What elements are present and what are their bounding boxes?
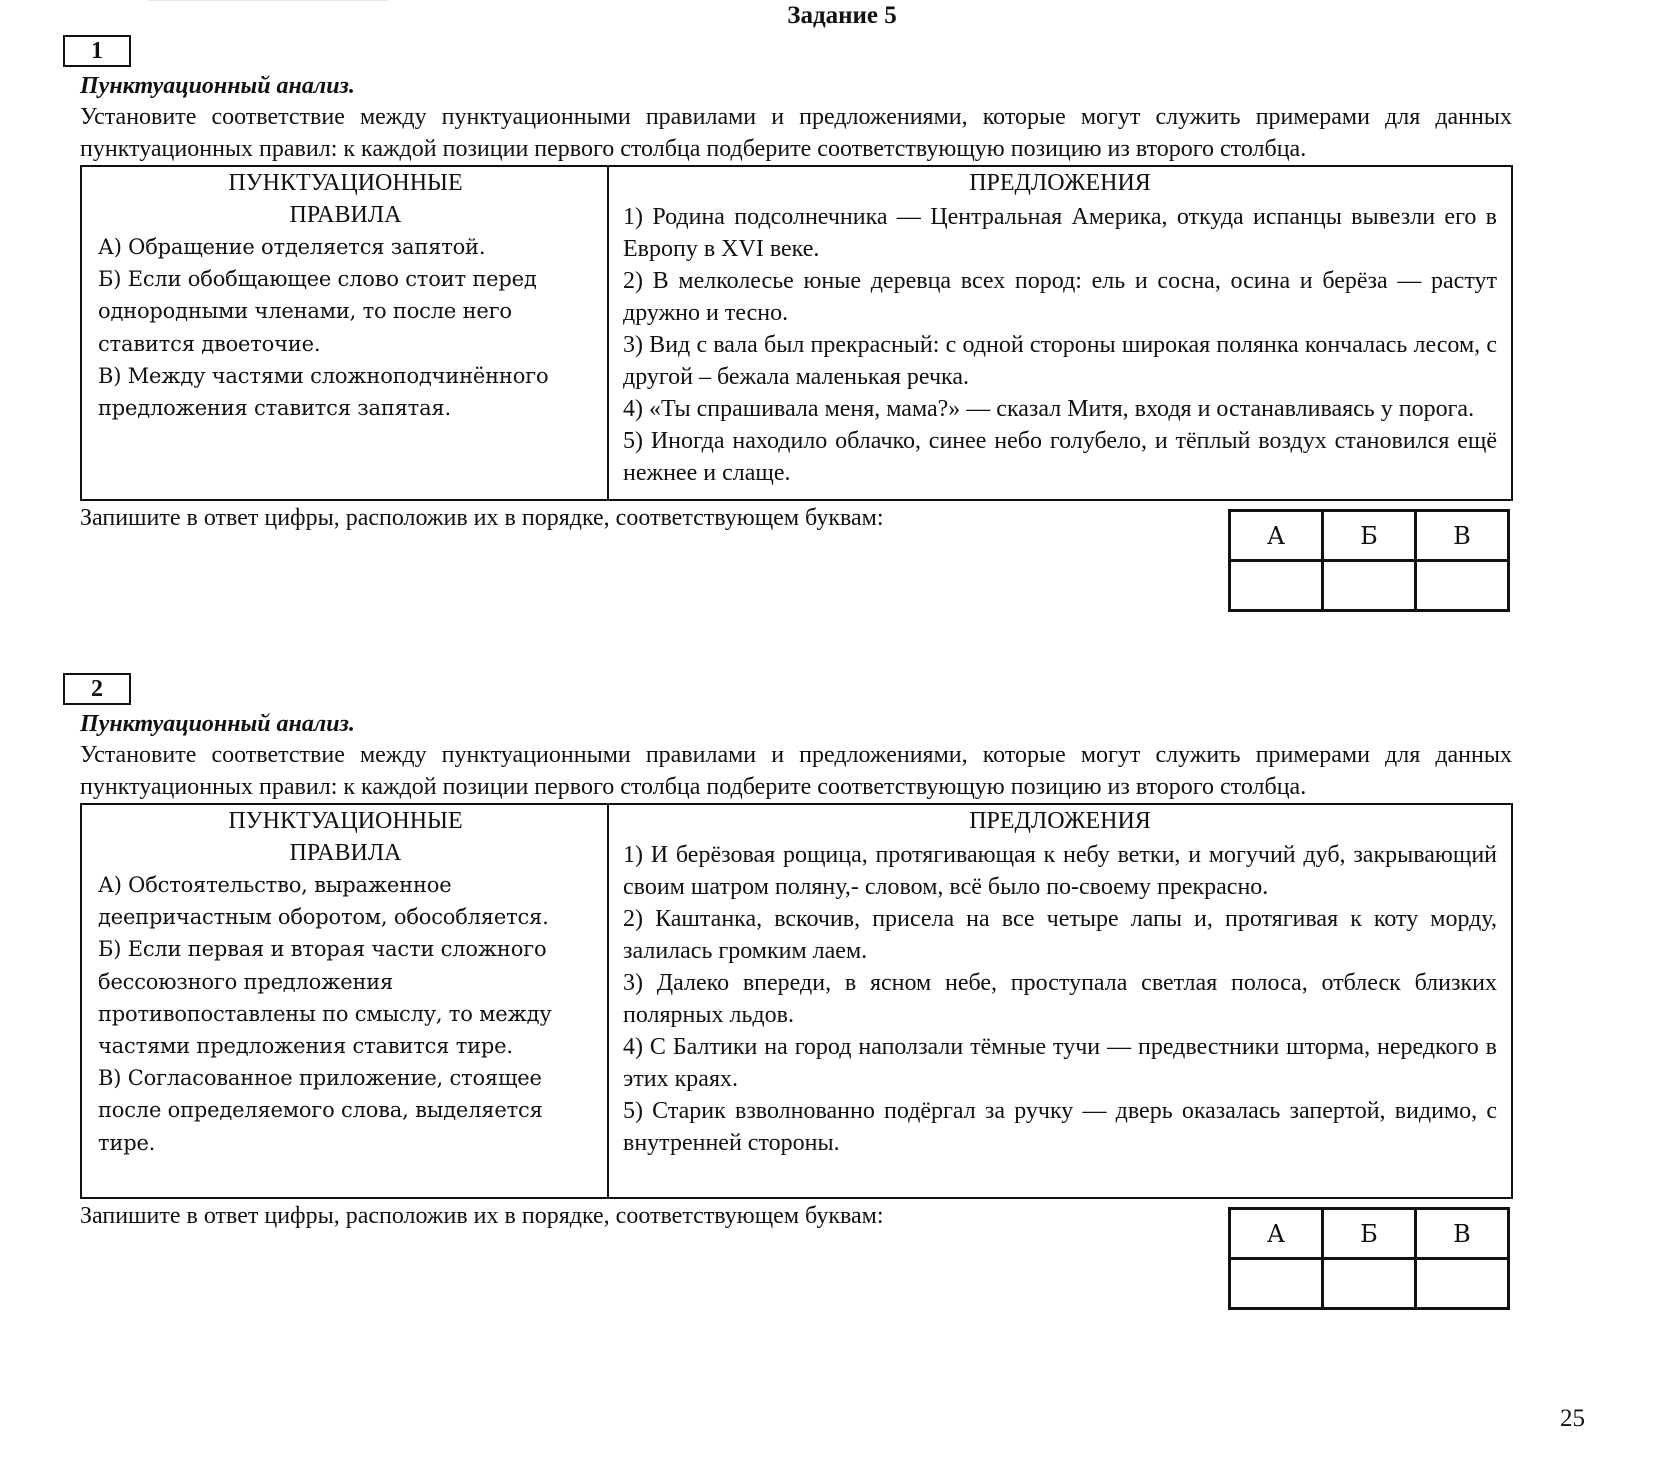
page-number: 25 — [1560, 1405, 1585, 1433]
answer-letter-b: Б — [1323, 511, 1416, 561]
task-2: 2 Пунктуационный анализ. Установите соот… — [63, 673, 1513, 1304]
answer-cell-v[interactable] — [1416, 1259, 1509, 1309]
rules-column: ПУНКТУАЦИОННЫЕ ПРАВИЛА А) Обстоятельство… — [81, 804, 608, 1198]
task-instruction: Установите соответствие между пунктуацио… — [80, 739, 1512, 803]
rules-header-line2: ПРАВИЛА — [290, 202, 402, 228]
rule-item: В) Согласованное приложение, стоящее пос… — [98, 1062, 593, 1159]
answer-cell-v[interactable] — [1416, 561, 1509, 611]
sentence-item: 2) В мелколесье юные деревца всех пород:… — [623, 265, 1497, 329]
sentence-item: 3) Вид с вала был прекрасный: с одной ст… — [623, 329, 1497, 393]
answer-cell-b[interactable] — [1323, 1259, 1416, 1309]
answer-grid: А Б В — [1228, 1207, 1510, 1310]
rule-item: Б) Если обобщающее слово стоит перед одн… — [98, 263, 593, 360]
sentence-item: 1) Родина подсолнечника — Центральная Ам… — [623, 201, 1497, 265]
answer-grid: А Б В — [1228, 509, 1510, 612]
answer-letter-v: В — [1416, 511, 1509, 561]
top-divider — [148, 0, 388, 1]
rules-header: ПУНКТУАЦИОННЫЕ ПРАВИЛА — [98, 805, 593, 869]
answer-letter-b: Б — [1323, 1209, 1416, 1259]
rule-item: А) Обстоятельство, выраженное деепричаст… — [98, 869, 593, 933]
answer-letter-a: А — [1230, 511, 1323, 561]
rules-header-line2: ПРАВИЛА — [290, 840, 402, 866]
matching-table: ПУНКТУАЦИОННЫЕ ПРАВИЛА А) Обращение отде… — [80, 165, 1513, 501]
sentence-item: 4) «Ты спрашивала меня, мама?» — сказал … — [623, 393, 1497, 425]
rule-item: Б) Если первая и вторая части сложного б… — [98, 933, 593, 1062]
sentence-item: 5) Иногда находило облачко, синее небо г… — [623, 425, 1497, 489]
sentence-item: 5) Старик взволнованно подёргал за ручку… — [623, 1095, 1497, 1159]
answer-cell-a[interactable] — [1230, 1259, 1323, 1309]
rules-column: ПУНКТУАЦИОННЫЕ ПРАВИЛА А) Обращение отде… — [81, 166, 608, 500]
sentences-column: ПРЕДЛОЖЕНИЯ 1) И берёзовая рощица, протя… — [608, 804, 1512, 1198]
rule-item: В) Между частями сложноподчинённого пред… — [98, 360, 593, 424]
sentence-item: 3) Далеко впереди, в ясном небе, проступ… — [623, 967, 1497, 1031]
matching-table: ПУНКТУАЦИОННЫЕ ПРАВИЛА А) Обстоятельство… — [80, 803, 1513, 1199]
sentences-header: ПРЕДЛОЖЕНИЯ — [623, 805, 1497, 837]
task-subtitle: Пунктуационный анализ. — [80, 71, 1513, 101]
rules-header-line1: ПУНКТУАЦИОННЫЕ — [228, 808, 462, 834]
page-title: Задание 5 — [0, 2, 1654, 30]
task-subtitle: Пунктуационный анализ. — [80, 709, 1513, 739]
answer-letter-a: А — [1230, 1209, 1323, 1259]
rule-item: А) Обращение отделяется запятой. — [98, 231, 593, 263]
rules-header: ПУНКТУАЦИОННЫЕ ПРАВИЛА — [98, 167, 593, 231]
sentences-header: ПРЕДЛОЖЕНИЯ — [623, 167, 1497, 199]
answer-section: Запишите в ответ цифры, расположив их в … — [63, 1199, 1513, 1304]
answer-prompt: Запишите в ответ цифры, расположив их в … — [80, 1201, 884, 1231]
rules-header-line1: ПУНКТУАЦИОННЫЕ — [228, 170, 462, 196]
answer-section: Запишите в ответ цифры, расположив их в … — [63, 501, 1513, 606]
answer-cell-a[interactable] — [1230, 561, 1323, 611]
task-1: 1 Пунктуационный анализ. Установите соот… — [63, 35, 1513, 606]
task-number-box: 2 — [63, 673, 131, 705]
sentence-item: 4) С Балтики на город наползали тёмные т… — [623, 1031, 1497, 1095]
sentences-column: ПРЕДЛОЖЕНИЯ 1) Родина подсолнечника — Це… — [608, 166, 1512, 500]
task-instruction: Установите соответствие между пунктуацио… — [80, 101, 1512, 165]
task-number-box: 1 — [63, 35, 131, 67]
answer-prompt: Запишите в ответ цифры, расположив их в … — [80, 503, 884, 533]
sentence-item: 1) И берёзовая рощица, протягивающая к н… — [623, 839, 1497, 903]
answer-letter-v: В — [1416, 1209, 1509, 1259]
answer-cell-b[interactable] — [1323, 561, 1416, 611]
sentence-item: 2) Каштанка, вскочив, присела на все чет… — [623, 903, 1497, 967]
